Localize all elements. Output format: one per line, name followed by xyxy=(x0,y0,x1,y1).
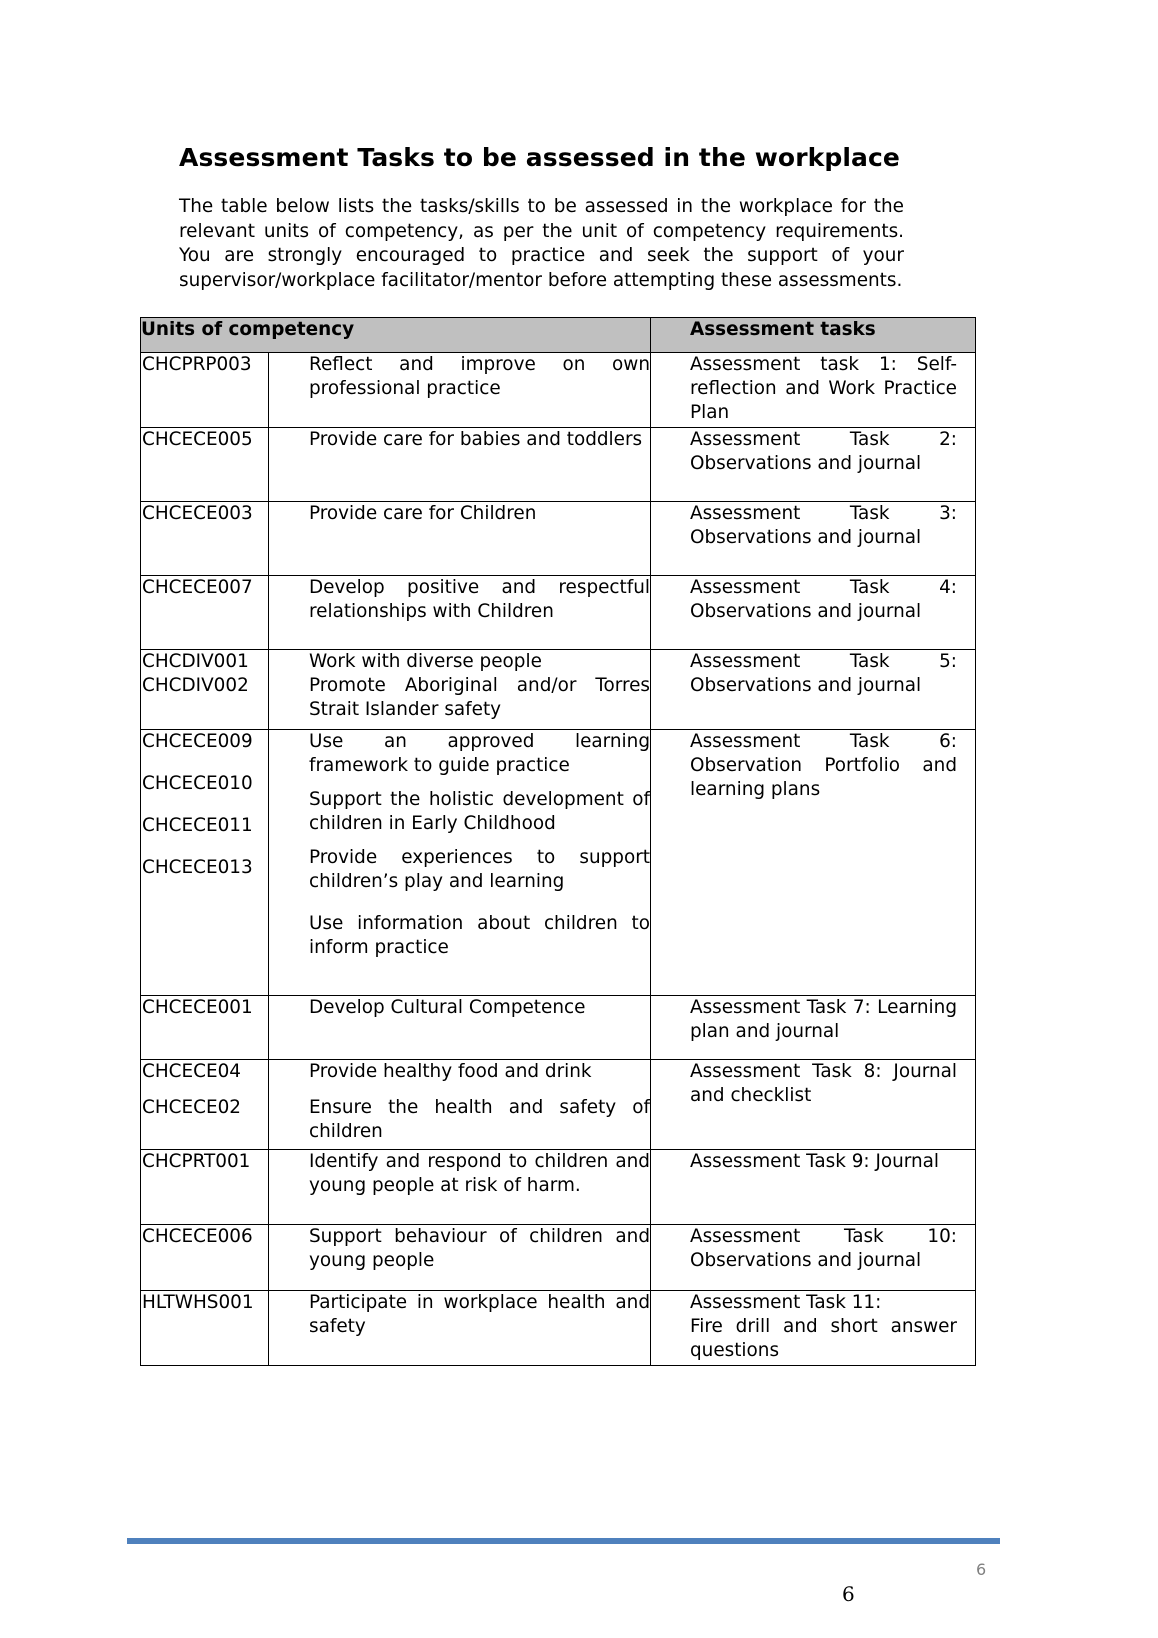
assessment-task: Assessment task 1: Self-reflection and W… xyxy=(690,353,957,425)
unit-code: CHCPRT001 xyxy=(142,1150,268,1174)
assessment-task: Assessment Task 10: Observations and jou… xyxy=(690,1225,957,1273)
footer-rule xyxy=(127,1538,1000,1544)
unit-title: Use information about children to inform… xyxy=(309,912,650,960)
unit-title-cell: Participate in workplace health and safe… xyxy=(269,1291,651,1366)
unit-code-cell: CHCPRT001 xyxy=(141,1150,269,1225)
unit-title-cell: Work with diverse peoplePromote Aborigin… xyxy=(269,650,651,730)
unit-code: CHCECE009 xyxy=(142,730,268,754)
unit-title: Ensure the health and safety of children xyxy=(309,1096,650,1144)
assessment-task-cell: Assessment Task 2: Observations and jour… xyxy=(651,428,976,502)
header-tasks: Assessment tasks xyxy=(651,318,976,353)
unit-code-cell: CHCECE001 xyxy=(141,996,269,1060)
table-row: CHCDIV001CHCDIV002Work with diverse peop… xyxy=(141,650,976,730)
unit-code: CHCECE001 xyxy=(142,996,268,1020)
assessment-task-cell: Assessment Task 3: Observations and jour… xyxy=(651,502,976,576)
unit-code-cell: CHCDIV001CHCDIV002 xyxy=(141,650,269,730)
unit-code: CHCECE013 xyxy=(142,856,268,880)
unit-title: Reflect and improve on own professional … xyxy=(309,353,650,401)
assessment-task: Assessment Task 8: Journal and checklist xyxy=(690,1060,957,1108)
assessment-task-cell: Assessment Task 5: Observations and jour… xyxy=(651,650,976,730)
unit-title: Support behaviour of children and young … xyxy=(309,1225,650,1273)
unit-code-cell: HLTWHS001 xyxy=(141,1291,269,1366)
unit-code: CHCPRP003 xyxy=(142,353,268,377)
unit-title-cell: Support behaviour of children and young … xyxy=(269,1225,651,1291)
unit-code-cell: CHCECE005 xyxy=(141,428,269,502)
unit-title: Provide experiences to support children’… xyxy=(309,846,650,894)
unit-code-cell: CHCPRP003 xyxy=(141,353,269,428)
assessment-task: Assessment Task 3: Observations and jour… xyxy=(690,502,957,550)
unit-title: Develop Cultural Competence xyxy=(309,996,650,1020)
unit-code: CHCECE003 xyxy=(142,502,268,526)
unit-code: CHCECE011 xyxy=(142,814,268,838)
intro-paragraph: The table below lists the tasks/skills t… xyxy=(179,195,904,293)
unit-code: CHCDIV002 xyxy=(142,674,268,698)
unit-code: HLTWHS001 xyxy=(142,1291,268,1315)
assessment-task: Assessment Task 4: Observations and jour… xyxy=(690,576,957,624)
assessment-task-cell: Assessment Task 7: Learning plan and jou… xyxy=(651,996,976,1060)
unit-title: Provide healthy food and drink xyxy=(309,1060,650,1084)
unit-title: Develop positive and respectful relation… xyxy=(309,576,650,624)
table-row: CHCECE003Provide care for ChildrenAssess… xyxy=(141,502,976,576)
table-row: CHCECE009CHCECE010CHCECE011CHCECE013Use … xyxy=(141,730,976,996)
assessment-task: Assessment Task 7: Learning plan and jou… xyxy=(690,996,957,1044)
unit-code: CHCECE007 xyxy=(142,576,268,600)
table-row: CHCECE001Develop Cultural CompetenceAsse… xyxy=(141,996,976,1060)
assessment-task-cell: Assessment Task 8: Journal and checklist xyxy=(651,1060,976,1150)
table-row: CHCECE005Provide care for babies and tod… xyxy=(141,428,976,502)
unit-code: CHCECE04 xyxy=(142,1060,268,1084)
table-row: CHCECE007Develop positive and respectful… xyxy=(141,576,976,650)
assessment-task-cell: Assessment Task 6: Observation Portfolio… xyxy=(651,730,976,996)
unit-code-cell: CHCECE009CHCECE010CHCECE011CHCECE013 xyxy=(141,730,269,996)
table-header-row: Units of competency Assessment tasks xyxy=(141,318,976,353)
unit-title: Participate in workplace health and safe… xyxy=(309,1291,650,1339)
unit-title: Work with diverse people xyxy=(309,650,650,674)
table-row: CHCECE006Support behaviour of children a… xyxy=(141,1225,976,1291)
unit-title-cell: Reflect and improve on own professional … xyxy=(269,353,651,428)
unit-title-cell: Identify and respond to children and you… xyxy=(269,1150,651,1225)
assessment-task-cell: Assessment Task 9: Journal xyxy=(651,1150,976,1225)
table-body: CHCPRP003Reflect and improve on own prof… xyxy=(141,353,976,1366)
unit-title: Provide care for babies and toddlers xyxy=(309,428,650,452)
assessment-task: Assessment Task 6: Observation Portfolio… xyxy=(690,730,957,802)
table-row: CHCECE04CHCECE02Provide healthy food and… xyxy=(141,1060,976,1150)
page-number: 6 xyxy=(842,1582,855,1606)
unit-title-cell: Provide healthy food and drinkEnsure the… xyxy=(269,1060,651,1150)
assessment-task: Assessment Task 5: Observations and jour… xyxy=(690,650,957,698)
unit-title-cell: Provide care for Children xyxy=(269,502,651,576)
unit-title: Promote Aboriginal and/or Torres Strait … xyxy=(309,674,650,722)
unit-code: CHCECE02 xyxy=(142,1096,268,1120)
unit-code: CHCECE010 xyxy=(142,772,268,796)
assessment-task: Assessment Task 2: Observations and jour… xyxy=(690,428,957,476)
table-row: CHCPRP003Reflect and improve on own prof… xyxy=(141,353,976,428)
page-title: Assessment Tasks to be assessed in the w… xyxy=(179,143,900,172)
assessment-task: Assessment Task 11: Fire drill and short… xyxy=(690,1291,957,1363)
unit-code-cell: CHCECE04CHCECE02 xyxy=(141,1060,269,1150)
unit-code-cell: CHCECE003 xyxy=(141,502,269,576)
unit-title: Provide care for Children xyxy=(309,502,650,526)
unit-code: CHCECE005 xyxy=(142,428,268,452)
unit-code: CHCECE006 xyxy=(142,1225,268,1249)
header-units: Units of competency xyxy=(141,318,651,353)
assessment-task-cell: Assessment Task 10: Observations and jou… xyxy=(651,1225,976,1291)
assessment-task: Assessment Task 9: Journal xyxy=(690,1150,957,1174)
unit-code-cell: CHCECE007 xyxy=(141,576,269,650)
units-table: Units of competency Assessment tasks CHC… xyxy=(140,317,976,1366)
unit-title-cell: Develop positive and respectful relation… xyxy=(269,576,651,650)
table-row: CHCPRT001Identify and respond to childre… xyxy=(141,1150,976,1225)
page-number-grey: 6 xyxy=(976,1560,986,1579)
assessment-task-cell: Assessment Task 11: Fire drill and short… xyxy=(651,1291,976,1366)
unit-code: CHCDIV001 xyxy=(142,650,268,674)
unit-title-cell: Use an approved learning framework to gu… xyxy=(269,730,651,996)
unit-title: Identify and respond to children and you… xyxy=(309,1150,650,1198)
unit-title-cell: Develop Cultural Competence xyxy=(269,996,651,1060)
unit-title: Support the holistic development of chil… xyxy=(309,788,650,836)
assessment-task-cell: Assessment task 1: Self-reflection and W… xyxy=(651,353,976,428)
unit-code-cell: CHCECE006 xyxy=(141,1225,269,1291)
assessment-task-cell: Assessment Task 4: Observations and jour… xyxy=(651,576,976,650)
unit-title: Use an approved learning framework to gu… xyxy=(309,730,650,778)
unit-title-cell: Provide care for babies and toddlers xyxy=(269,428,651,502)
table-row: HLTWHS001Participate in workplace health… xyxy=(141,1291,976,1366)
